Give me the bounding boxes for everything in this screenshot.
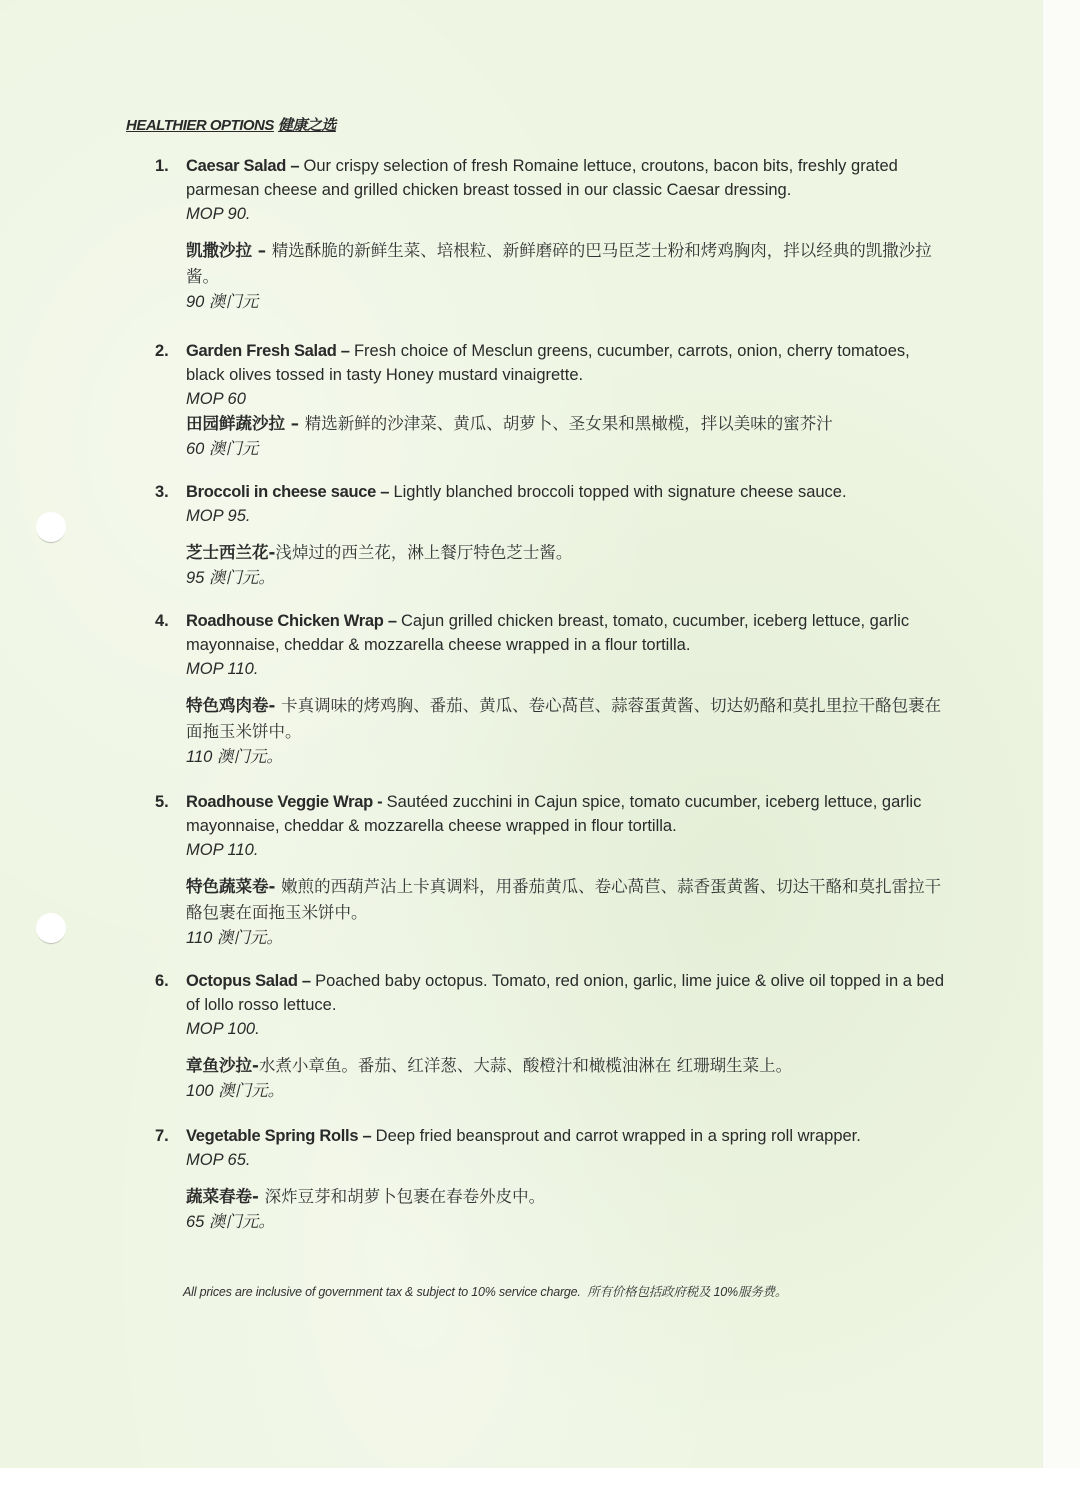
section-heading: HEALTHIER OPTIONS健康之选	[126, 114, 336, 135]
item-description-en: Vegetable Spring Rolls – Deep fried bean…	[186, 1124, 945, 1148]
punch-hole	[36, 512, 66, 542]
disclaimer-en: All prices are inclusive of government t…	[183, 1285, 581, 1299]
item-name-zh: 田园鲜蔬沙拉	[186, 414, 285, 433]
item-number: 6.	[155, 969, 169, 993]
item-number: 5.	[155, 790, 169, 814]
item-price-zh: 60 澳门元	[186, 437, 945, 461]
item-description-zh: 章鱼沙拉-水煮小章鱼。番茄、红洋葱、大蒜、酸橙汁和橄榄油淋在 红珊瑚生菜上。	[186, 1053, 945, 1079]
item-name: Caesar Salad	[186, 157, 286, 175]
item-price-zh: 100 澳门元。	[186, 1079, 945, 1103]
heading-en: HEALTHIER OPTIONS	[126, 117, 274, 134]
item-description-en: Roadhouse Veggie Wrap - Sautéed zucchini…	[186, 790, 945, 838]
item-name-zh: 特色鸡肉卷	[186, 696, 269, 715]
menu-item: 7. Vegetable Spring Rolls – Deep fried b…	[155, 1124, 945, 1234]
item-name: Garden Fresh Salad	[186, 342, 337, 360]
menu-item: 1. Caesar Salad – Our crispy selection o…	[155, 154, 945, 314]
item-name: Broccoli in cheese sauce	[186, 483, 376, 501]
item-name-zh: 特色蔬菜卷	[186, 877, 269, 896]
item-price: MOP 90.	[186, 202, 945, 226]
item-price: MOP 110.	[186, 838, 945, 862]
price-disclaimer: All prices are inclusive of government t…	[183, 1282, 787, 1300]
item-description-zh: 特色鸡肉卷- 卡真调味的烤鸡胸、番茄、黄瓜、卷心萵苣、蒜蓉蛋黄酱、切达奶酪和莫扎…	[186, 693, 945, 745]
page-edge	[1042, 0, 1080, 1468]
item-name-zh: 凯撒沙拉	[186, 241, 252, 260]
menu-item: 2. Garden Fresh Salad – Fresh choice of …	[155, 339, 945, 461]
item-price-zh: 95 澳门元。	[186, 566, 945, 590]
item-description-en: Garden Fresh Salad – Fresh choice of Mes…	[186, 339, 945, 387]
item-price: MOP 110.	[186, 657, 945, 681]
item-price-zh: 110 澳门元。	[186, 926, 945, 950]
item-description-zh: 芝士西兰花-浅焯过的西兰花，淋上餐厅特色芝士酱。	[186, 540, 945, 566]
item-description-zh: 特色蔬菜卷- 嫩煎的西葫芦沾上卡真调料，用番茄黄瓜、卷心萵苣、蒜香蛋黄酱、切达干…	[186, 874, 945, 926]
item-price: MOP 95.	[186, 504, 945, 528]
menu-item: 4. Roadhouse Chicken Wrap – Cajun grille…	[155, 609, 945, 769]
menu-item: 5. Roadhouse Veggie Wrap - Sautéed zucch…	[155, 790, 945, 950]
item-description-en: Octopus Salad – Poached baby octopus. To…	[186, 969, 945, 1017]
item-number: 3.	[155, 480, 169, 504]
item-description-en: Roadhouse Chicken Wrap – Cajun grilled c…	[186, 609, 945, 657]
item-number: 2.	[155, 339, 169, 363]
item-number: 4.	[155, 609, 169, 633]
item-price: MOP 100.	[186, 1017, 945, 1041]
item-name-zh: 蔬菜春卷	[186, 1187, 252, 1206]
punch-hole	[36, 913, 66, 943]
item-description-zh: 凯撒沙拉 – 精选酥脆的新鲜生菜、培根粒、新鲜磨碎的巴马臣芝士粉和烤鸡胸肉，拌以…	[186, 238, 945, 290]
item-description-zh: 田园鲜蔬沙拉 – 精选新鲜的沙津菜、黄瓜、胡萝卜、圣女果和黑橄榄，拌以美味的蜜芥…	[186, 411, 945, 437]
disclaimer-zh: 所有价格包括政府税及 10%服务费。	[587, 1285, 787, 1299]
item-price-zh: 90 澳门元	[186, 290, 945, 314]
item-name: Roadhouse Veggie Wrap	[186, 793, 373, 811]
item-description-zh: 蔬菜春卷- 深炸豆芽和胡萝卜包裹在春卷外皮中。	[186, 1184, 945, 1210]
item-name: Roadhouse Chicken Wrap	[186, 612, 384, 630]
item-price: MOP 65.	[186, 1148, 945, 1172]
item-name-zh: 章鱼沙拉	[186, 1056, 252, 1075]
item-description-en: Caesar Salad – Our crispy selection of f…	[186, 154, 945, 202]
item-name: Octopus Salad	[186, 972, 298, 990]
item-name-zh: 芝士西兰花	[186, 543, 269, 562]
item-name: Vegetable Spring Rolls	[186, 1127, 358, 1145]
item-price-zh: 110 澳门元。	[186, 745, 945, 769]
item-description-en: Broccoli in cheese sauce – Lightly blanc…	[186, 480, 945, 504]
menu-item: 6. Octopus Salad – Poached baby octopus.…	[155, 969, 945, 1103]
heading-zh: 健康之选	[278, 117, 336, 134]
item-price-zh: 65 澳门元。	[186, 1210, 945, 1234]
item-price: MOP 60	[186, 387, 945, 411]
menu-item: 3. Broccoli in cheese sauce – Lightly bl…	[155, 480, 945, 590]
item-number: 7.	[155, 1124, 169, 1148]
item-number: 1.	[155, 154, 169, 178]
